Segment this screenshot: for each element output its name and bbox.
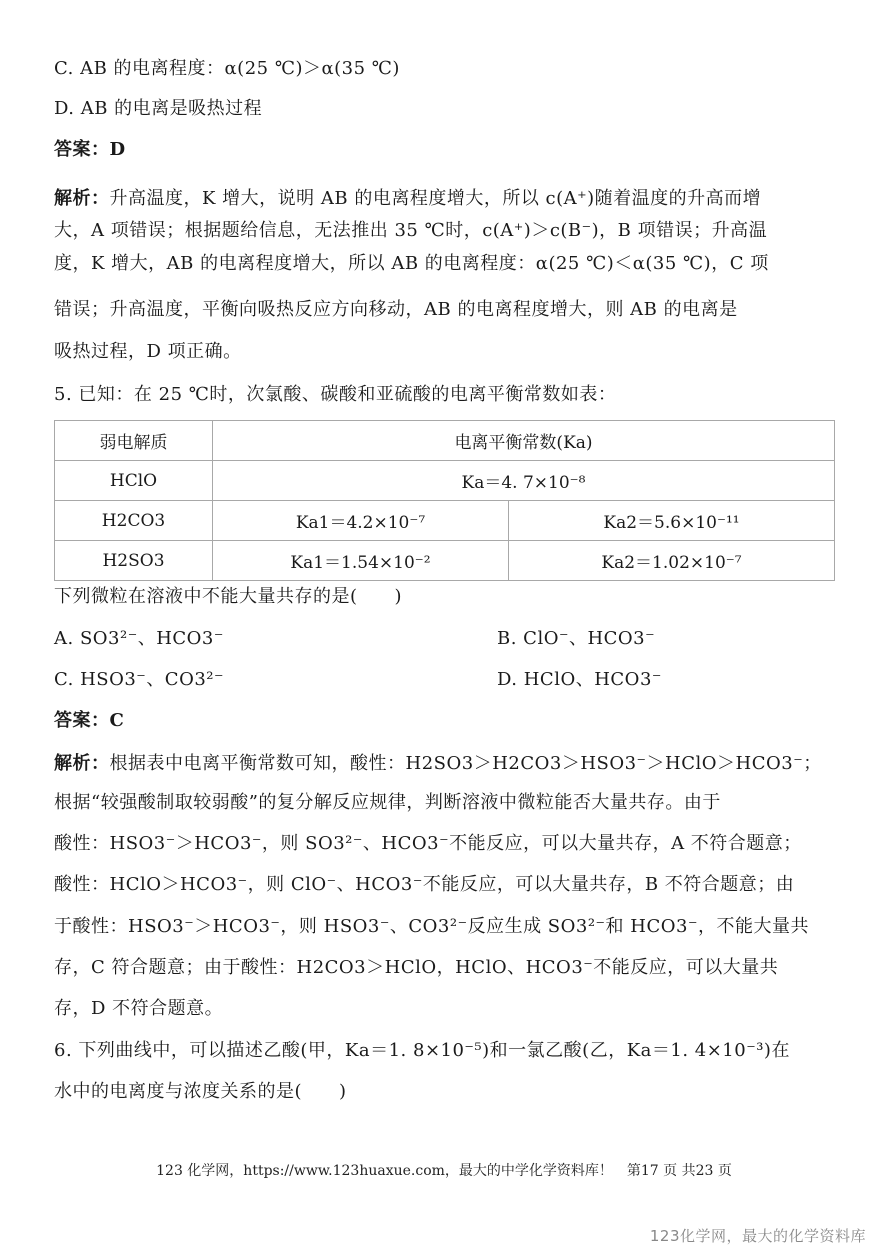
table-cell-value: Ka＝4. 7×10⁻⁸ bbox=[213, 461, 835, 501]
page-footer: 123 化学网，https://www.123huaxue.com，最大的中学化… bbox=[0, 1160, 888, 1180]
analysis-q5-line-5: 于酸性：HSO3⁻＞HCO3⁻，则 HSO3⁻、CO3²⁻反应生成 SO3²⁻和… bbox=[54, 915, 809, 939]
option-d: D. AB 的电离是吸热过程 bbox=[54, 97, 262, 121]
analysis-q5-line-4: 酸性：HClO＞HCO3⁻，则 ClO⁻、HCO3⁻不能反应，可以大量共存，B … bbox=[54, 873, 794, 897]
analysis-q5-line-7: 存，D 不符合题意。 bbox=[54, 997, 223, 1021]
table-row: HClO Ka＝4. 7×10⁻⁸ bbox=[55, 461, 835, 501]
analysis-prev-line-5: 吸热过程，D 项正确。 bbox=[54, 340, 242, 364]
ionization-constant-table: 弱电解质 电离平衡常数(Ka) HClO Ka＝4. 7×10⁻⁸ H2CO3 … bbox=[54, 420, 835, 581]
option-c: C. HSO3⁻、CO3²⁻ bbox=[54, 669, 224, 690]
question-6-line-1: 6. 下列曲线中，可以描述乙酸(甲，Ka＝1. 8×10⁻⁵)和一氯乙酸(乙，K… bbox=[54, 1039, 790, 1063]
table-cell-substance: H2SO3 bbox=[55, 541, 213, 581]
analysis-prev-line-1: 解析：升高温度，K 增大，说明 AB 的电离程度增大，所以 c(A⁺)随着温度的… bbox=[54, 187, 761, 211]
analysis-label: 解析： bbox=[54, 188, 110, 209]
analysis-prev-line-3: 度，K 增大，AB 的电离程度增大，所以 AB 的电离程度：α(25 ℃)＜α(… bbox=[54, 252, 769, 276]
table-cell-value: Ka1＝4.2×10⁻⁷ bbox=[213, 501, 509, 541]
analysis-q5-line-2: 根据“较强酸制取较弱酸”的复分解反应规律，判断溶液中微粒能否大量共存。由于 bbox=[54, 791, 721, 815]
analysis-q5-line-6: 存，C 符合题意；由于酸性：H2CO3＞HClO，HClO、HCO3⁻不能反应，… bbox=[54, 956, 778, 980]
option-a: A. SO3²⁻、HCO3⁻ bbox=[54, 628, 224, 649]
table-cell-substance: H2CO3 bbox=[55, 501, 213, 541]
table-cell-value: Ka2＝1.02×10⁻⁷ bbox=[509, 541, 835, 581]
table-cell-value: Ka1＝1.54×10⁻² bbox=[213, 541, 509, 581]
watermark: 123化学网，最大的化学资料库 bbox=[650, 1225, 866, 1246]
question-6-line-2: 水中的电离度与浓度关系的是( ) bbox=[54, 1080, 347, 1104]
answer-value: D bbox=[110, 139, 126, 160]
table-header-row: 弱电解质 电离平衡常数(Ka) bbox=[55, 421, 835, 461]
answer-label: 答案： bbox=[54, 710, 110, 731]
answer-prev: 答案：D bbox=[54, 138, 126, 162]
analysis-prev-line-4: 错误；升高温度，平衡向吸热反应方向移动，AB 的电离程度增大，则 AB 的电离是 bbox=[54, 298, 738, 322]
table-cell-value: Ka2＝5.6×10⁻¹¹ bbox=[509, 501, 835, 541]
analysis-label: 解析： bbox=[54, 753, 110, 774]
question-5-prompt: 下列微粒在溶液中不能大量共存的是( ) bbox=[54, 585, 402, 609]
option-row-cd: C. HSO3⁻、CO3²⁻ D. HClO、HCO3⁻ bbox=[54, 668, 224, 692]
analysis-q5-line-1: 解析：根据表中电离平衡常数可知，酸性：H2SO3＞H2CO3＞HSO3⁻＞HCl… bbox=[54, 752, 822, 776]
analysis-prev-line-2: 大，A 项错误；根据题给信息，无法推出 35 ℃时，c(A⁺)＞c(B⁻)，B … bbox=[54, 219, 767, 243]
answer-label: 答案： bbox=[54, 139, 110, 160]
analysis-q5-line-3: 酸性：HSO3⁻＞HCO3⁻，则 SO3²⁻、HCO3⁻不能反应，可以大量共存，… bbox=[54, 832, 802, 856]
option-c: C. AB 的电离程度：α(25 ℃)＞α(35 ℃) bbox=[54, 57, 400, 81]
table-header: 弱电解质 bbox=[55, 421, 213, 461]
option-row-ab: A. SO3²⁻、HCO3⁻ B. ClO⁻、HCO3⁻ bbox=[54, 627, 224, 651]
option-d: D. HClO、HCO3⁻ bbox=[497, 668, 662, 692]
table-row: H2CO3 Ka1＝4.2×10⁻⁷ Ka2＝5.6×10⁻¹¹ bbox=[55, 501, 835, 541]
table-cell-substance: HClO bbox=[55, 461, 213, 501]
table-header: 电离平衡常数(Ka) bbox=[213, 421, 835, 461]
answer-value: C bbox=[110, 710, 125, 731]
answer-q5: 答案：C bbox=[54, 709, 124, 733]
option-b: B. ClO⁻、HCO3⁻ bbox=[497, 627, 655, 651]
question-5-stem: 5. 已知：在 25 ℃时，次氯酸、碳酸和亚硫酸的电离平衡常数如表： bbox=[54, 383, 616, 407]
table-row: H2SO3 Ka1＝1.54×10⁻² Ka2＝1.02×10⁻⁷ bbox=[55, 541, 835, 581]
